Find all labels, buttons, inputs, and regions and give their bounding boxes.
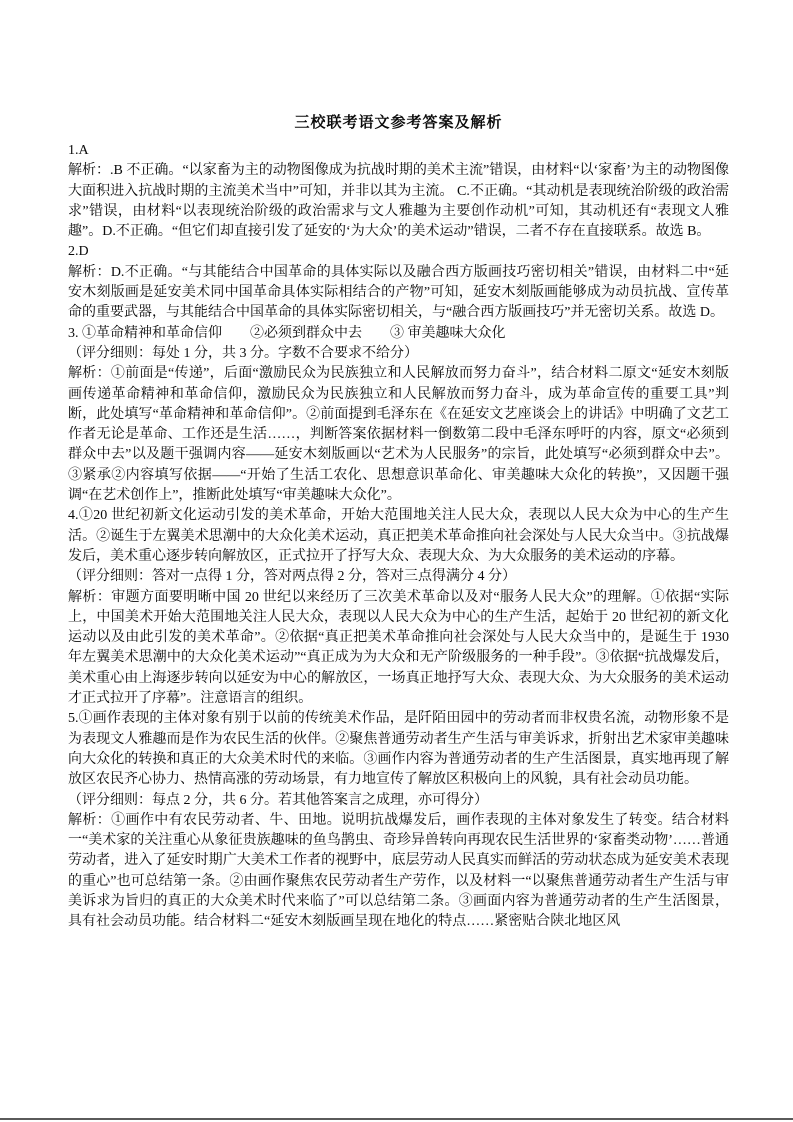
paragraph: 解析：审题方面要明晰中国 20 世纪以来经历了三次美术革命以及对“服务人民大众”… bbox=[68, 588, 729, 710]
page-bottom-edge bbox=[0, 1118, 793, 1120]
paragraph: 解析：.B 不正确。“以家畜为主的动物图像成为抗战时期的美术主流”错误，由材料“… bbox=[68, 161, 729, 242]
document-title: 三校联考语文参考答案及解析 bbox=[68, 112, 729, 134]
paragraph: 5.①画作表现的主体对象有别于以前的传统美术作品，是阡陌田园中的劳动者而非权贵名… bbox=[68, 709, 729, 790]
paragraph: 4.①20 世纪初新文化运动引发的美术革命，开始大范围地关注人民大众，表现以人民… bbox=[68, 506, 729, 567]
paragraph: 3. ①革命精神和革命信仰 ②必须到群众中去 ③ 审美趣味大众化 bbox=[68, 324, 729, 344]
document-page: 三校联考语文参考答案及解析 1.A解析：.B 不正确。“以家畜为主的动物图像成为… bbox=[0, 0, 793, 1122]
paragraph: 解析：①前面是“传递”，后面“激励民众为民族独立和人民解放而努力奋斗”，结合材料… bbox=[68, 364, 729, 506]
paragraph: （评分细则：答对一点得 1 分，答对两点得 2 分，答对三点得满分 4 分） bbox=[68, 567, 729, 587]
document-body: 1.A解析：.B 不正确。“以家畜为主的动物图像成为抗战时期的美术主流”错误，由… bbox=[68, 141, 729, 933]
paragraph: 解析：D.不正确。“与其能结合中国革命的具体实际以及融合西方版画技巧密切相关”错… bbox=[68, 263, 729, 324]
paragraph: 2.D bbox=[68, 242, 729, 262]
paragraph: 解析：①画作中有农民劳动者、牛、田地。说明抗战爆发后，画作表现的主体对象发生了转… bbox=[68, 811, 729, 933]
paragraph: （评分细则：每点 2 分，共 6 分。若其他答案言之成理，亦可得分） bbox=[68, 791, 729, 811]
paragraph: （评分细则：每处 1 分，共 3 分。字数不合要求不给分） bbox=[68, 344, 729, 364]
paragraph: 1.A bbox=[68, 141, 729, 161]
